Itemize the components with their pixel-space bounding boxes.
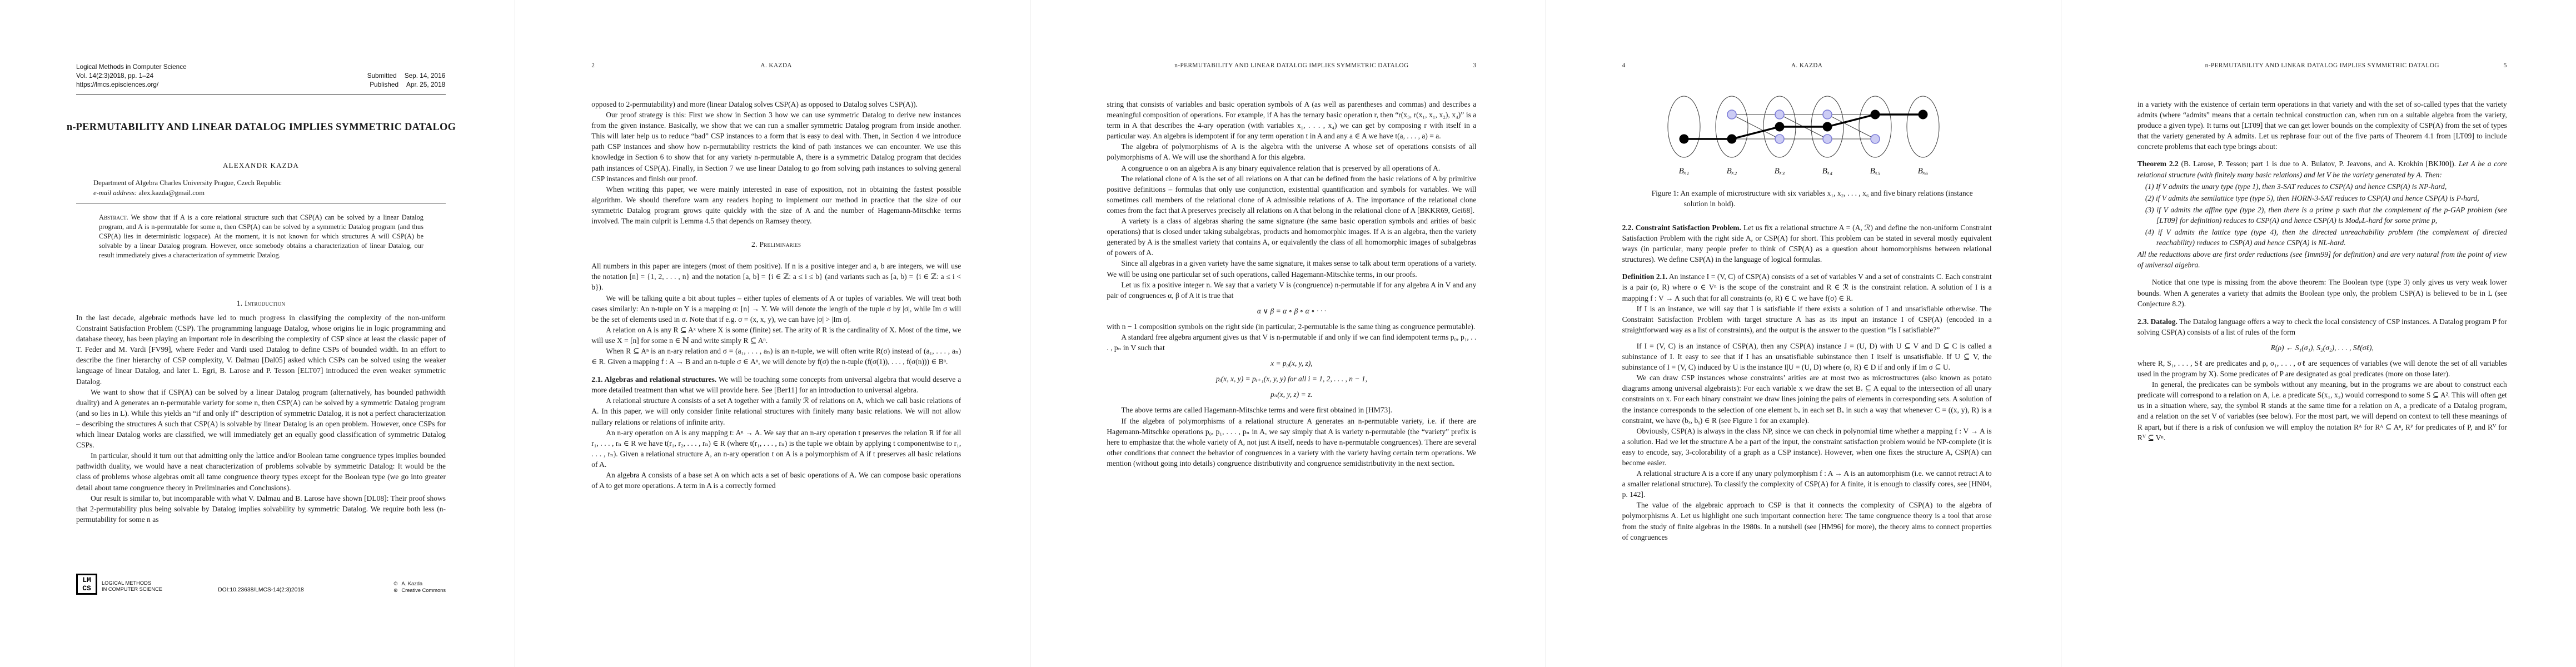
theorem-item-4: (4) if V admits the lattice type (type 4… [2137,227,2507,248]
equation-datalog-rule: R(ρ) ← S₁(σ₁), S₂(σ₂), . . . , Sℓ(σℓ), [2137,342,2507,353]
paragraph: opposed to 2-permutability) and more (li… [591,99,961,109]
paragraph: We will be talking quite a bit about tup… [591,293,961,325]
subsection-2-2: 2.2. Constraint Satisfaction Problem. Le… [1622,222,1992,265]
license-block: ©A. Kazda ⊛Creative Commons [392,580,446,594]
submitted-date: Sep. 14, 2016 [405,72,445,79]
submission-dates: SubmittedSep. 14, 2016 PublishedApr. 25,… [367,71,446,89]
microstructure-diagram: Bₓ₁ Bₓ₂ Bₓ₃ Bₓ₄ Bₓ₅ Bₓ₆ [1622,94,1992,178]
theorem-item-3: (3) if V admits the affine type (type 2)… [2137,205,2507,226]
paragraph: The relational clone of A is the set of … [1107,173,1476,216]
author-affiliation: Department of Algebra Charles University… [93,179,449,187]
abstract: Abstract. We show that if A is a core re… [99,213,423,260]
theorem-label: Theorem 2.2 [2137,160,2179,168]
page2-body: opposed to 2-permutability) and more (li… [591,99,961,610]
paper-title: n-PERMUTABILITY AND LINEAR DATALOG IMPLI… [61,120,461,135]
paragraph: When R ⊆ Aⁿ is an n-ary relation and σ =… [591,346,961,367]
published-date: Apr. 25, 2018 [406,81,445,88]
email-address[interactable]: alex.kazda@gmail.com [138,189,205,197]
page-4: 4 A. KAZDA [1546,0,2061,667]
paragraph: We can draw CSP instances whose constrai… [1622,372,1992,425]
abstract-label: Abstract. [99,213,128,221]
running-head: 2 A. KAZDA [591,62,961,71]
paragraph: The algebra of polymorphisms of A is the… [1107,141,1476,162]
theorem-outro: All the reductions above are first order… [2137,249,2507,270]
abstract-text: We show that if A is a core relational s… [99,213,423,259]
page-2: 2 A. KAZDA opposed to 2-permutability) a… [515,0,1030,667]
abstract-rule [76,203,446,203]
paragraph: with n − 1 composition symbols on the ri… [1107,321,1476,332]
paragraph: Our proof strategy is this: First we sho… [591,109,961,184]
paragraph: In general, the predicates can be symbol… [2137,379,2507,443]
subsection-2-1: 2.1. Algebras and relational structures.… [591,374,961,395]
equation-hm-terms-3: pₙ(x, y, z) = z. [1107,389,1476,400]
page5-body: in a variety with the existence of certa… [2137,99,2507,610]
set-label: Bₓ₂ [1726,167,1737,176]
set-label: Bₓ₃ [1774,167,1785,176]
paragraph: Our result is similar to, but incomparab… [76,493,446,525]
equation-hm-terms-1: x = p₀(x, y, z), [1107,358,1476,369]
paragraph: A standard free algebra argument gives u… [1107,332,1476,353]
subsection-label: 2.3. Datalog. [2137,317,2178,326]
submitted-label: Submitted [367,71,397,80]
journal-name: Logical Methods in Computer Science [76,62,187,71]
page-1: Logical Methods in Computer Science Vol.… [0,0,515,667]
paper-spread: Logical Methods in Computer Science Vol.… [0,0,2576,667]
paragraph: An n-ary operation on A is any mapping t… [591,427,961,470]
paragraph: When writing this paper, we were mainly … [591,184,961,226]
paragraph: The above terms are called Hagemann-Mits… [1107,405,1476,415]
author-email-line: e-mail address: alex.kazda@gmail.com [93,189,449,197]
section-heading-preliminaries: 2. Preliminaries [591,239,961,250]
equation-permutability: α ∨ β = α ∘ β ∘ α ∘ · · · [1107,306,1476,316]
theorem-item-2: (2) if V admits the semilattice type (ty… [2137,193,2507,203]
doi: DOI:10.23638/LMCS-14(2:3)2018 [76,587,446,593]
running-head: n-PERMUTABILITY AND LINEAR DATALOG IMPLI… [1107,62,1476,71]
equation-hm-terms-2: pᵢ(x, x, y) = pᵢ₊₁(x, y, y) for all i = … [1107,374,1476,384]
paragraph: A relation on A is any R ⊆ Aˣ where X is… [591,325,961,346]
copyright-holder: A. Kazda [401,581,422,586]
paragraph: In the last decade, algebraic methods ha… [76,312,446,387]
paragraph: If I = (V, C) is an instance of CSP(A), … [1622,341,1992,372]
paragraph: Let us fix a positive integer n. We say … [1107,280,1476,301]
paragraph: Obviously, CSP(A) is always in the class… [1622,426,1992,468]
running-head-title: n-PERMUTABILITY AND LINEAR DATALOG IMPLI… [1107,62,1476,69]
set-label: Bₓ₄ [1822,167,1832,176]
subsection-label: 2.1. Algebras and relational structures. [591,375,716,384]
paragraph: A variety is a class of algebras sharing… [1107,216,1476,258]
running-head-title: A. KAZDA [591,62,961,69]
paragraph: Notice that one type is missing from the… [2137,277,2507,308]
header-rule [76,94,446,95]
page-5: n-PERMUTABILITY AND LINEAR DATALOG IMPLI… [2061,0,2576,667]
running-head-title: n-PERMUTABILITY AND LINEAR DATALOG IMPLI… [2137,62,2507,69]
definition-label: Definition 2.1. [1622,272,1668,281]
paragraph: where R, S₁, . . . , Sℓ are predicates a… [2137,358,2507,379]
page1-body: In the last decade, algebraic methods ha… [76,312,446,575]
journal-url[interactable]: https://lmcs.episciences.org/ [76,80,187,89]
theorem-item-1: (1) If V admits the unary type (type 1),… [2137,181,2507,192]
running-head-title: A. KAZDA [1622,62,1992,69]
paragraph: We want to show that if CSP(A) can be so… [76,387,446,451]
section-heading-introduction: 1. Introduction [76,299,446,308]
subsection-2-3: 2.3. Datalog. The Datalog language offer… [2137,316,2507,337]
paragraph: string that consists of variables and ba… [1107,99,1476,141]
running-head: 4 A. KAZDA [1622,62,1992,71]
paragraph: If the algebra of polymorphisms of a rel… [1107,416,1476,469]
page4-body: 2.2. Constraint Satisfaction Problem. Le… [1622,222,1992,611]
journal-info: Logical Methods in Computer Science Vol.… [76,62,187,89]
set-labels: Bₓ₁ Bₓ₂ Bₓ₃ Bₓ₄ Bₓ₅ Bₓ₆ [1678,167,1928,176]
page-number: 3 [1473,62,1476,69]
running-head: n-PERMUTABILITY AND LINEAR DATALOG IMPLI… [2137,62,2507,71]
page3-body: string that consists of variables and ba… [1107,99,1476,610]
paragraph: in a variety with the existence of certa… [2137,99,2507,152]
figure-1-caption: Figure 1: An example of microstructure w… [1652,188,1995,209]
license-name: Creative Commons [401,588,446,593]
creative-commons-icon: ⊛ [392,587,398,594]
figure-1: Bₓ₁ Bₓ₂ Bₓ₃ Bₓ₄ Bₓ₅ Bₓ₆ [1622,94,1992,178]
set-label: Bₓ₁ [1678,167,1689,176]
definition-2-1: Definition 2.1. An instance I = (V, C) o… [1622,271,1992,303]
paragraph: A relational structure A is a core if an… [1622,468,1992,500]
set-label: Bₓ₆ [1917,167,1928,176]
solution-path-bold [1684,115,1923,139]
theorem-2-2: Theorem 2.2 (B. Larose, P. Tesson; part … [2137,158,2507,180]
paragraph: An algebra A consists of a base set A on… [591,470,961,491]
copyright-icon: © [392,580,398,587]
paragraph: Since all algebras in a given variety ha… [1107,258,1476,279]
paragraph: A congruence α on an algebra A is any bi… [1107,163,1476,173]
set-label: Bₓ₅ [1870,167,1880,176]
page1-footer: LM CS LOGICAL METHODS IN COMPUTER SCIENC… [76,574,446,607]
paragraph: If I is an instance, we will say that I … [1622,303,1992,335]
paragraph: In particular, should it turn out that a… [76,450,446,492]
author-name: ALEXANDR KAZDA [76,161,446,170]
page-number: 5 [2504,62,2507,69]
email-label: e-mail address: [93,189,137,197]
paragraph: A relational structure A consists of a s… [591,395,961,427]
paragraph: The value of the algebraic approach to C… [1622,500,1992,542]
published-label: Published [370,80,398,89]
subsection-label: 2.2. Constraint Satisfaction Problem. [1622,223,1741,232]
paragraph: All numbers in this paper are integers (… [591,261,961,292]
journal-volume: Vol. 14(2:3)2018, pp. 1–24 [76,71,187,80]
page-3: n-PERMUTABILITY AND LINEAR DATALOG IMPLI… [1030,0,1545,667]
